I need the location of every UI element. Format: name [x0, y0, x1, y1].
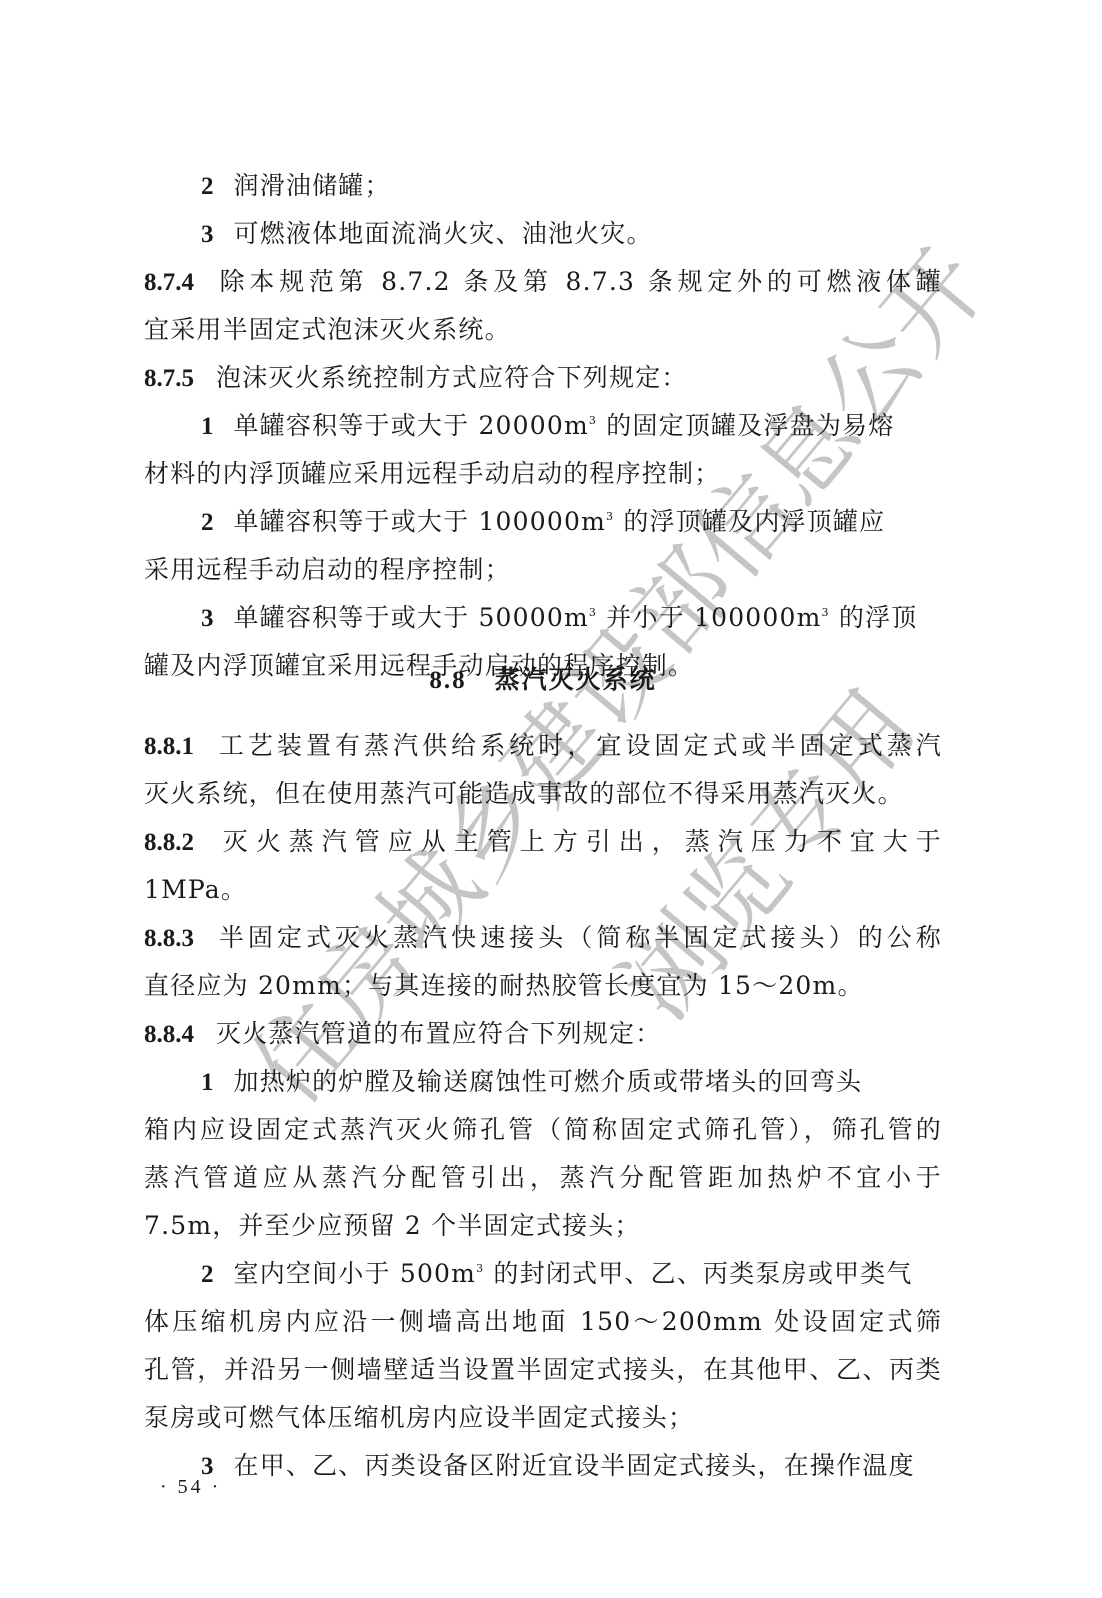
list-item: 2润滑油储罐； — [144, 162, 391, 210]
clause-text: 灭火蒸汽管道的布置应符合下列规定： — [216, 1019, 661, 1048]
item-number: 2 — [201, 173, 214, 200]
item-number: 1 — [201, 413, 214, 440]
clause-text: 工艺装置有蒸汽供给系统时，宜设固定式或半固定式蒸汽 — [216, 731, 942, 760]
item-text: 泵房或可燃气体压缩机房内应设半固定式接头； — [144, 1403, 694, 1432]
item-text: 单罐容积等于或大于 100000m — [234, 507, 607, 536]
clause-number: 8.8.4 — [144, 1021, 194, 1048]
item-number: 2 — [201, 1261, 214, 1288]
section-heading-8-8: 8.8蒸汽灭火系统 — [144, 656, 942, 704]
clause-text: 宜采用半固定式泡沫灭火系统。 — [144, 315, 511, 344]
clause-number: 8.8.3 — [144, 925, 194, 952]
item-text: 润滑油储罐； — [234, 171, 391, 200]
item-text: 的浮顶罐及内浮顶罐应 — [614, 507, 885, 536]
superscript: 3 — [822, 606, 830, 619]
document-page: 住房城乡建设部信息公开 浏览专用 2润滑油储罐； 3可燃液体地面流淌火灾、油池火… — [0, 0, 1102, 1598]
clause-text: 1MPa。 — [144, 875, 247, 904]
item-text: 的浮顶 — [830, 603, 918, 632]
text-line: 直径应为 20mm；与其连接的耐热胶管长度宜为 15～20m。 — [144, 962, 864, 1010]
item-text: 的封闭式甲、乙、丙类泵房或甲类气 — [484, 1259, 912, 1288]
item-text: 的固定顶罐及浮盘为易熔 — [597, 411, 894, 440]
item-text: 材料的内浮顶罐应采用远程手动启动的程序控制； — [144, 459, 720, 488]
item-text: 加热炉的炉膛及输送腐蚀性可燃介质或带堵头的回弯头 — [234, 1067, 863, 1096]
item-text: 7.5m，并至少应预留 2 个半固定式接头； — [144, 1211, 641, 1240]
item-text: 体压缩机房内应沿一侧墙高出地面 150～200mm 处设固定式筛 — [144, 1307, 942, 1336]
superscript: 3 — [589, 606, 597, 619]
text-line: 采用远程手动启动的程序控制； — [144, 546, 511, 594]
item-text: 孔管，并沿另一侧墙壁适当设置半固定式接头，在其他甲、乙、丙类 — [144, 1355, 942, 1384]
section-title: 蒸汽灭火系统 — [495, 665, 657, 694]
clause-number: 8.7.5 — [144, 365, 194, 392]
text-line: 1MPa。 — [144, 866, 247, 914]
clause-number: 8.8.1 — [144, 733, 194, 760]
item-text: 室内空间小于 500m — [234, 1259, 477, 1288]
item-text: 箱内应设固定式蒸汽灭火筛孔管（简称固定式筛孔管），筛孔管的 — [144, 1115, 942, 1144]
clause-number: 8.8.2 — [144, 829, 194, 856]
clause-8-8-4: 8.8.4灭火蒸汽管道的布置应符合下列规定： — [144, 1010, 661, 1058]
item-text: 并小于 100000m — [597, 603, 821, 632]
clause-text: 泡沫灭火系统控制方式应符合下列规定： — [216, 363, 688, 392]
list-item: 3在甲、乙、丙类设备区附近宜设半固定式接头，在操作温度 — [144, 1442, 915, 1490]
item-text: 蒸汽管道应从蒸汽分配管引出，蒸汽分配管距加热炉不宜小于 — [144, 1163, 942, 1192]
list-item: 2室内空间小于 500m3 的封闭式甲、乙、丙类泵房或甲类气 — [144, 1250, 913, 1298]
superscript: 3 — [589, 414, 597, 427]
clause-text: 直径应为 20mm；与其连接的耐热胶管长度宜为 15～20m。 — [144, 971, 864, 1000]
clause-8-7-5: 8.7.5泡沫灭火系统控制方式应符合下列规定： — [144, 354, 688, 402]
text-line: 蒸汽管道应从蒸汽分配管引出，蒸汽分配管距加热炉不宜小于 — [144, 1154, 942, 1202]
clause-8-7-4: 8.7.4除本规范第 8.7.2 条及第 8.7.3 条规定外的可燃液体罐 — [144, 258, 942, 306]
item-text: 单罐容积等于或大于 50000m — [234, 603, 589, 632]
list-item: 3可燃液体地面流淌火灾、油池火灾。 — [144, 210, 653, 258]
clause-8-8-2: 8.8.2灭火蒸汽管应从主管上方引出，蒸汽压力不宜大于 — [144, 818, 942, 866]
clause-text: 半固定式灭火蒸汽快速接头（简称半固定式接头）的公称 — [216, 923, 942, 952]
clause-text: 灭火蒸汽管应从主管上方引出，蒸汽压力不宜大于 — [216, 827, 942, 856]
text-line: 灭火系统，但在使用蒸汽可能造成事故的部位不得采用蒸汽灭火。 — [144, 770, 904, 818]
section-number: 8.8 — [429, 667, 466, 694]
item-text: 采用远程手动启动的程序控制； — [144, 555, 511, 584]
clause-text: 除本规范第 8.7.2 条及第 8.7.3 条规定外的可燃液体罐 — [216, 267, 942, 296]
superscript: 3 — [606, 510, 614, 523]
item-text: 可燃液体地面流淌火灾、油池火灾。 — [234, 219, 653, 248]
text-line: 宜采用半固定式泡沫灭火系统。 — [144, 306, 511, 354]
text-line: 孔管，并沿另一侧墙壁适当设置半固定式接头，在其他甲、乙、丙类 — [144, 1346, 942, 1394]
item-number: 2 — [201, 509, 214, 536]
item-number: 3 — [201, 221, 214, 248]
text-line: 泵房或可燃气体压缩机房内应设半固定式接头； — [144, 1394, 694, 1442]
page-number: · 54 · — [160, 1476, 221, 1499]
item-text: 单罐容积等于或大于 20000m — [234, 411, 589, 440]
clause-number: 8.7.4 — [144, 269, 194, 296]
text-line: 体压缩机房内应沿一侧墙高出地面 150～200mm 处设固定式筛 — [144, 1298, 942, 1346]
list-item: 2单罐容积等于或大于 100000m3 的浮顶罐及内浮顶罐应 — [144, 498, 885, 546]
clause-text: 灭火系统，但在使用蒸汽可能造成事故的部位不得采用蒸汽灭火。 — [144, 779, 904, 808]
clause-8-8-3: 8.8.3半固定式灭火蒸汽快速接头（简称半固定式接头）的公称 — [144, 914, 942, 962]
text-line: 7.5m，并至少应预留 2 个半固定式接头； — [144, 1202, 641, 1250]
list-item: 1加热炉的炉膛及输送腐蚀性可燃介质或带堵头的回弯头 — [144, 1058, 862, 1106]
text-line: 材料的内浮顶罐应采用远程手动启动的程序控制； — [144, 450, 720, 498]
item-text: 在甲、乙、丙类设备区附近宜设半固定式接头，在操作温度 — [234, 1451, 915, 1480]
item-number: 1 — [201, 1069, 214, 1096]
item-number: 3 — [201, 605, 214, 632]
text-line: 箱内应设固定式蒸汽灭火筛孔管（简称固定式筛孔管），筛孔管的 — [144, 1106, 942, 1154]
list-item: 1单罐容积等于或大于 20000m3 的固定顶罐及浮盘为易熔 — [144, 402, 894, 450]
list-item: 3单罐容积等于或大于 50000m3 并小于 100000m3 的浮顶 — [144, 594, 917, 642]
clause-8-8-1: 8.8.1工艺装置有蒸汽供给系统时，宜设固定式或半固定式蒸汽 — [144, 722, 942, 770]
